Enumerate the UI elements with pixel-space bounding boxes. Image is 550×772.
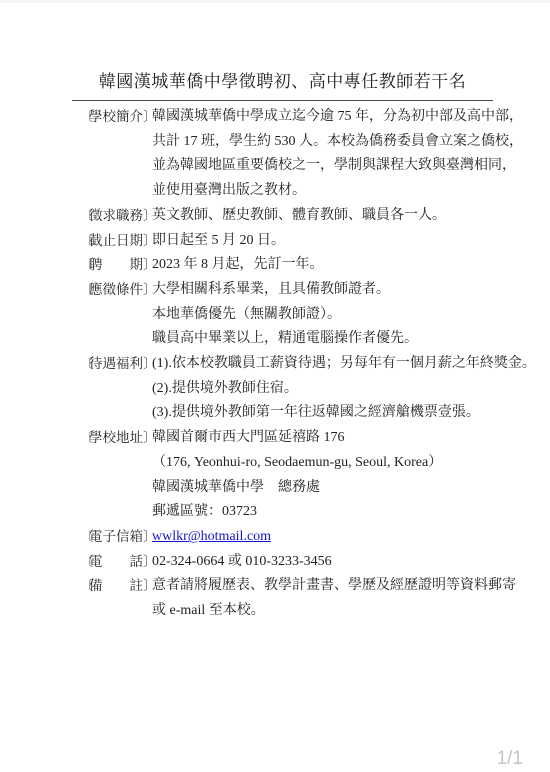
entry-line: 郵遞區號：03723 <box>152 500 498 525</box>
entry-label: 〔應徵條件〕 <box>80 278 152 303</box>
entry-label-text: 截止日期 <box>89 229 143 254</box>
document-page: 韓國漢城華僑中學徵聘初、高中專任教師若干名 〔學校簡介〕韓國漢城華僑中學成立迄今… <box>0 0 550 772</box>
entry-content: 意者請將履歷表、教學計畫書、學歷及經歷證明等資料郵寄或 e-mail 至本校。 <box>152 574 516 623</box>
entry-label: 〔學校地址〕 <box>80 426 152 451</box>
entry-line: wwlkr@hotmail.com <box>152 525 498 550</box>
entry-line: (2).提供境外教師住宿。 <box>152 377 536 402</box>
entry-line: 韓國漢城華僑中學成立迄今逾 75 年，分為初中部及高中部， <box>152 105 523 130</box>
entry-content: 即日起至 5 月 20 日。 <box>152 229 498 254</box>
entry-label: 〔截止日期〕 <box>80 229 152 254</box>
entry-line: （176, Yeonhui-ro, Seodaemun-gu, Seoul, K… <box>152 451 498 476</box>
entry-label-text: 學校簡介 <box>89 105 143 130</box>
entry-label-text: 電子信箱 <box>89 525 143 550</box>
entry-row: 〔學校簡介〕韓國漢城華僑中學成立迄今逾 75 年，分為初中部及高中部，共計 17… <box>80 105 498 204</box>
entry-label: 〔電子信箱〕 <box>80 525 152 550</box>
entry-row: 〔徵求職務〕英文教師、歷史教師、體育教師、職員各一人。 <box>80 204 498 229</box>
label-open-bracket: 〔 <box>80 105 89 130</box>
label-close-bracket: 〕 <box>143 525 152 550</box>
entry-line: 或 e-mail 至本校。 <box>152 599 516 624</box>
entry-label: 〔徵求職務〕 <box>80 204 152 229</box>
email-link[interactable]: wwlkr@hotmail.com <box>152 529 271 544</box>
entry-row: 〔聘 期〕2023 年 8 月起，先訂一年。 <box>80 253 498 278</box>
entry-list: 〔學校簡介〕韓國漢城華僑中學成立迄今逾 75 年，分為初中部及高中部，共計 17… <box>80 105 498 624</box>
entry-content: (1).依本校教職員工薪資待遇；另每年有一個月薪之年終獎金。(2).提供境外教師… <box>152 352 536 426</box>
entry-content: 2023 年 8 月起，先訂一年。 <box>152 253 498 278</box>
entry-row: 〔應徵條件〕大學相關科系畢業，且具備教師證者。本地華僑優先（無關教師證）。職員高… <box>80 278 498 352</box>
entry-line: (1).依本校教職員工薪資待遇；另每年有一個月薪之年終獎金。 <box>152 352 536 377</box>
entry-content: 02-324-0664 或 010-3233-3456 <box>152 550 498 575</box>
entry-row: 〔備 註〕意者請將履歷表、教學計畫書、學歷及經歷證明等資料郵寄或 e-mail … <box>80 574 498 623</box>
entry-row: 〔待遇福利〕(1).依本校教職員工薪資待遇；另每年有一個月薪之年終獎金。(2).… <box>80 352 498 426</box>
label-close-bracket: 〕 <box>143 574 152 599</box>
entry-line: 大學相關科系畢業，且具備教師證者。 <box>152 278 498 303</box>
entry-label: 〔學校簡介〕 <box>80 105 152 130</box>
entry-label: 〔備 註〕 <box>80 574 152 599</box>
entry-row: 〔電子信箱〕wwlkr@hotmail.com <box>80 525 498 550</box>
entry-row: 〔學校地址〕韓國首爾市西大門區延禧路 176（176, Yeonhui-ro, … <box>80 426 498 525</box>
label-open-bracket: 〔 <box>80 352 89 377</box>
label-open-bracket: 〔 <box>80 204 89 229</box>
entry-label: 〔待遇福利〕 <box>80 352 152 377</box>
entry-content: wwlkr@hotmail.com <box>152 525 498 550</box>
entry-line: 2023 年 8 月起，先訂一年。 <box>152 253 498 278</box>
entry-label: 〔聘 期〕 <box>80 253 152 278</box>
entry-label-text: 電 話 <box>89 550 143 575</box>
entry-label-text: 聘 期 <box>89 253 143 278</box>
entry-line: 意者請將履歷表、教學計畫書、學歷及經歷證明等資料郵寄 <box>152 574 516 599</box>
entry-label-text: 待遇福利 <box>89 352 143 377</box>
entry-content: 韓國首爾市西大門區延禧路 176（176, Yeonhui-ro, Seodae… <box>152 426 498 525</box>
entry-content: 大學相關科系畢業，且具備教師證者。本地華僑優先（無關教師證）。職員高中畢業以上，… <box>152 278 498 352</box>
entry-line: 韓國漢城華僑中學 總務處 <box>152 476 498 501</box>
entry-line: 共計 17 班，學生約 530 人。本校為僑務委員會立案之僑校， <box>152 130 523 155</box>
entry-line: 職員高中畢業以上，精通電腦操作者優先。 <box>152 327 498 352</box>
page-title: 韓國漢城華僑中學徵聘初、高中專任教師若干名 <box>72 67 493 92</box>
document-header: 韓國漢城華僑中學徵聘初、高中專任教師若干名 <box>72 67 493 101</box>
label-close-bracket: 〕 <box>143 352 152 377</box>
label-open-bracket: 〔 <box>80 426 89 451</box>
entry-line: 02-324-0664 或 010-3233-3456 <box>152 550 498 575</box>
entry-content: 韓國漢城華僑中學成立迄今逾 75 年，分為初中部及高中部，共計 17 班，學生約… <box>152 105 523 204</box>
label-open-bracket: 〔 <box>80 278 89 303</box>
entry-content: 英文教師、歷史教師、體育教師、職員各一人。 <box>152 204 498 229</box>
label-open-bracket: 〔 <box>80 229 89 254</box>
label-open-bracket: 〔 <box>80 525 89 550</box>
entry-row: 〔電 話〕02-324-0664 或 010-3233-3456 <box>80 550 498 575</box>
label-close-bracket: 〕 <box>143 253 152 278</box>
entry-line: 並為韓國地區重要僑校之一，學制與課程大致與臺灣相同， <box>152 154 523 179</box>
entry-label-text: 備 註 <box>89 574 143 599</box>
label-close-bracket: 〕 <box>143 550 152 575</box>
entry-line: 即日起至 5 月 20 日。 <box>152 229 498 254</box>
label-close-bracket: 〕 <box>143 105 152 130</box>
entry-line: 本地華僑優先（無關教師證）。 <box>152 303 498 328</box>
entry-line: 英文教師、歷史教師、體育教師、職員各一人。 <box>152 204 498 229</box>
label-close-bracket: 〕 <box>143 229 152 254</box>
entry-label-text: 應徵條件 <box>89 278 143 303</box>
entry-label-text: 徵求職務 <box>89 204 143 229</box>
entry-line: 韓國首爾市西大門區延禧路 176 <box>152 426 498 451</box>
label-open-bracket: 〔 <box>80 253 89 278</box>
label-close-bracket: 〕 <box>143 204 152 229</box>
page-indicator: 1/1 <box>497 748 523 770</box>
viewer-top-edge <box>0 0 550 3</box>
entry-row: 〔截止日期〕即日起至 5 月 20 日。 <box>80 229 498 254</box>
entry-label: 〔電 話〕 <box>80 550 152 575</box>
label-open-bracket: 〔 <box>80 550 89 575</box>
entry-line: 並使用臺灣出版之教材。 <box>152 179 523 204</box>
label-close-bracket: 〕 <box>143 278 152 303</box>
label-close-bracket: 〕 <box>143 426 152 451</box>
entry-label-text: 學校地址 <box>89 426 143 451</box>
entry-line: (3).提供境外教師第一年往返韓國之經濟艙機票壹張。 <box>152 401 536 426</box>
label-open-bracket: 〔 <box>80 574 89 599</box>
